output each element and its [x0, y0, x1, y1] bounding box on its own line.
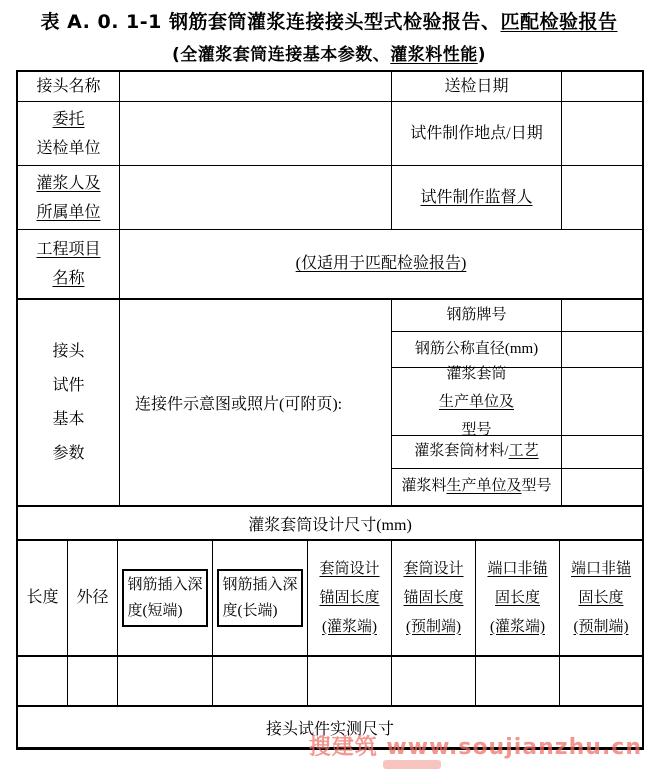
joint-name-value-cell — [120, 72, 392, 101]
submission-date-value-cell — [562, 72, 642, 101]
commission-unit-value-cell — [120, 102, 392, 165]
rebar-diameter-value-cell — [562, 332, 642, 367]
commission-unit-label: 委托 送检单位 — [18, 102, 120, 165]
anchor-length-grout-end-header: 套筒设计 锚固长度 (灌浆端) — [308, 541, 392, 655]
design-dims-value-row — [18, 657, 642, 705]
form-title-text: 表 A. 0. 1-1 钢筋套筒灌浆连接接头型式检验报告、 — [40, 11, 500, 33]
basic-parameters-label: 接头 试件 基本 参数 — [18, 300, 120, 505]
row-rebar-diameter: 钢筋公称直径(mm) — [392, 332, 642, 368]
anchor-length-precast-line2: 锚固长度 — [403, 584, 463, 613]
outer-diameter-value-cell — [68, 657, 118, 705]
diagram-photo-cell: 连接件示意图或照片(可附页): — [120, 300, 392, 505]
scanned-form-page: 表 A. 0. 1-1 钢筋套筒灌浆连接接头型式检验报告、匹配检验报告 (全灌浆… — [0, 0, 658, 770]
grouting-person-label-line2: 所属单位 — [36, 198, 100, 227]
non-anchor-grout-line1: 端口非锚 — [487, 555, 547, 584]
section-basic-parameters: 接头 试件 基本 参数 连接件示意图或照片(可附页): 钢筋牌号 钢筋公称直径(… — [18, 300, 642, 507]
row-grouting-person: 灌浆人及 所属单位 试件制作监督人 — [18, 166, 642, 230]
submission-date-label: 送检日期 — [392, 72, 562, 101]
watermark-smudge — [383, 760, 441, 769]
insert-depth-long-line2: 度(长端) — [222, 603, 277, 619]
non-anchor-length-grout-end-header: 端口非锚 固长度 (灌浆端) — [476, 541, 560, 655]
grouting-person-value-cell — [120, 166, 392, 229]
form-title-block: 表 A. 0. 1-1 钢筋套筒灌浆连接接头型式检验报告、匹配检验报告 (全灌浆… — [0, 7, 658, 65]
specimen-supervisor-value-cell — [562, 166, 642, 229]
insert-depth-short-boxed-text: 钢筋插入深度(短端) — [122, 569, 207, 627]
anchor-length-precast-line1: 套筒设计 — [403, 555, 463, 584]
insert-depth-short-line2: 度(短端) — [127, 603, 182, 619]
section-general-info: 接头名称 送检日期 委托 送检单位 试件制作地点/日期 — [18, 72, 642, 300]
grout-manufacturer-value-cell — [562, 469, 642, 505]
non-anchor-grout-line2: 固长度 — [495, 584, 540, 613]
form-title: 表 A. 0. 1-1 钢筋套筒灌浆连接接头型式检验报告、匹配检验报告 — [0, 7, 658, 34]
grout-manufacturer-label-text: 灌浆料生产单位及型号 — [401, 477, 551, 497]
insert-depth-long-boxed-text: 钢筋插入深度(长端) — [217, 569, 302, 627]
sleeve-manufacturer-label: 灌浆套筒 生产单位及型号 — [392, 368, 562, 435]
sleeve-manufacturer-label-line1: 灌浆套筒 — [446, 360, 506, 388]
grout-manufacturer-underlined: 生产单位及 — [446, 478, 521, 494]
length-value-cell — [18, 657, 68, 705]
specimen-supervisor-label: 试件制作监督人 — [392, 166, 562, 229]
match-report-only-note: (仅适用于匹配检验报告) — [296, 253, 467, 275]
anchor-length-grout-value-cell — [308, 657, 392, 705]
section-design-dims-values — [18, 657, 642, 707]
sleeve-material-value-cell — [562, 436, 642, 468]
specimen-supervisor-label-text: 试件制作监督人 — [420, 187, 532, 209]
row-grout-manufacturer: 灌浆料生产单位及型号 — [392, 469, 642, 505]
grout-manufacturer-prefix: 灌浆料 — [401, 478, 446, 494]
insert-depth-short-header: 钢筋插入深度(短端) — [118, 541, 213, 655]
sleeve-material-label-text: 灌浆套筒材料/工艺 — [414, 442, 538, 462]
anchor-length-grout-line3: (灌浆端) — [322, 613, 377, 642]
commission-label-line1: 委托 — [36, 105, 100, 134]
rebar-grade-label: 钢筋牌号 — [392, 300, 562, 331]
sleeve-material-underlined: 工艺 — [509, 443, 539, 459]
basic-parameters-label-line3: 基本 — [52, 403, 84, 437]
non-anchor-precast-value-cell — [560, 657, 642, 705]
section-design-dims-header: 长度 外径 钢筋插入深度(短端) 钢筋插入深度(长端) 套筒设计 锚固长度 (灌… — [18, 541, 642, 657]
non-anchor-precast-line2: 固长度 — [578, 584, 623, 613]
design-dims-header-row: 长度 外径 钢筋插入深度(短端) 钢筋插入深度(长端) 套筒设计 锚固长度 (灌… — [18, 541, 642, 655]
non-anchor-precast-line3: (预制端) — [574, 613, 629, 642]
grout-manufacturer-label: 灌浆料生产单位及型号 — [392, 469, 562, 505]
insert-depth-long-header: 钢筋插入深度(长端) — [213, 541, 308, 655]
basic-parameters-label-line2: 试件 — [52, 369, 84, 403]
insert-depth-long-value-cell — [213, 657, 308, 705]
row-project-name: 工程项目 名称 (仅适用于匹配检验报告) — [18, 230, 642, 298]
rebar-grade-value-cell — [562, 300, 642, 331]
anchor-length-grout-line1: 套筒设计 — [319, 555, 379, 584]
grouting-person-label: 灌浆人及 所属单位 — [18, 166, 120, 229]
design-dims-title: 灌浆套筒设计尺寸(mm) — [18, 507, 642, 539]
basic-parameters-label-line4: 参数 — [52, 437, 84, 471]
anchor-length-precast-end-header: 套筒设计 锚固长度 (预制端) — [392, 541, 476, 655]
insert-depth-short-line1: 钢筋插入深 — [127, 577, 202, 593]
row-sleeve-manufacturer: 灌浆套筒 生产单位及型号 — [392, 368, 642, 436]
report-form-table: 接头名称 送检日期 委托 送检单位 试件制作地点/日期 — [16, 70, 644, 750]
grouting-person-label-line1: 灌浆人及 — [36, 169, 100, 198]
form-subtitle-text: (全灌浆套筒连接基本参数、 — [172, 45, 390, 65]
section-measured-dims: 接头试件实测尺寸 — [18, 707, 642, 747]
non-anchor-precast-line1: 端口非锚 — [571, 555, 631, 584]
non-anchor-grout-line3: (灌浆端) — [490, 613, 545, 642]
form-subtitle-underlined-text: 灌浆料性能 — [390, 45, 478, 65]
row-commission-unit: 委托 送检单位 试件制作地点/日期 — [18, 102, 642, 166]
project-name-label-line2: 名称 — [36, 264, 100, 293]
non-anchor-length-precast-end-header: 端口非锚 固长度 (预制端) — [560, 541, 642, 655]
anchor-length-precast-value-cell — [392, 657, 476, 705]
measured-dims-title: 接头试件实测尺寸 — [18, 707, 642, 747]
sleeve-material-prefix: 灌浆套筒材料/ — [414, 443, 508, 459]
outer-diameter-header: 外径 — [68, 541, 118, 655]
commission-label-line2: 送检单位 — [36, 134, 100, 163]
specimen-place-date-value-cell — [562, 102, 642, 165]
joint-name-label: 接头名称 — [18, 72, 120, 101]
form-subtitle: (全灌浆套筒连接基本参数、灌浆料性能) — [0, 40, 658, 65]
sleeve-manufacturer-value-cell — [562, 368, 642, 435]
project-name-label: 工程项目 名称 — [18, 230, 120, 298]
insert-depth-long-line1: 钢筋插入深 — [222, 577, 297, 593]
row-sleeve-material: 灌浆套筒材料/工艺 — [392, 436, 642, 469]
project-name-note-cell: (仅适用于匹配检验报告) — [120, 230, 642, 298]
specimen-place-date-label: 试件制作地点/日期 — [392, 102, 562, 165]
row-joint-name: 接头名称 送检日期 — [18, 72, 642, 102]
sleeve-manufacturer-underlined: 生产单位及 — [439, 388, 514, 416]
non-anchor-grout-value-cell — [476, 657, 560, 705]
anchor-length-precast-line3: (预制端) — [406, 613, 461, 642]
insert-depth-short-value-cell — [118, 657, 213, 705]
sleeve-material-label: 灌浆套筒材料/工艺 — [392, 436, 562, 468]
grout-manufacturer-rest: 型号 — [522, 478, 552, 494]
anchor-length-grout-line2: 锚固长度 — [319, 584, 379, 613]
basic-parameters-fields: 钢筋牌号 钢筋公称直径(mm) 灌浆套筒 生产单位及型号 灌浆套筒材 — [392, 300, 642, 505]
length-header: 长度 — [18, 541, 68, 655]
basic-parameters-label-line1: 接头 — [52, 335, 84, 369]
form-title-underlined-text: 匹配检验报告 — [500, 11, 617, 33]
row-rebar-grade: 钢筋牌号 — [392, 300, 642, 332]
project-name-label-line1: 工程项目 — [36, 235, 100, 264]
section-design-dims-title: 灌浆套筒设计尺寸(mm) — [18, 507, 642, 541]
form-subtitle-suffix: ) — [478, 45, 486, 65]
